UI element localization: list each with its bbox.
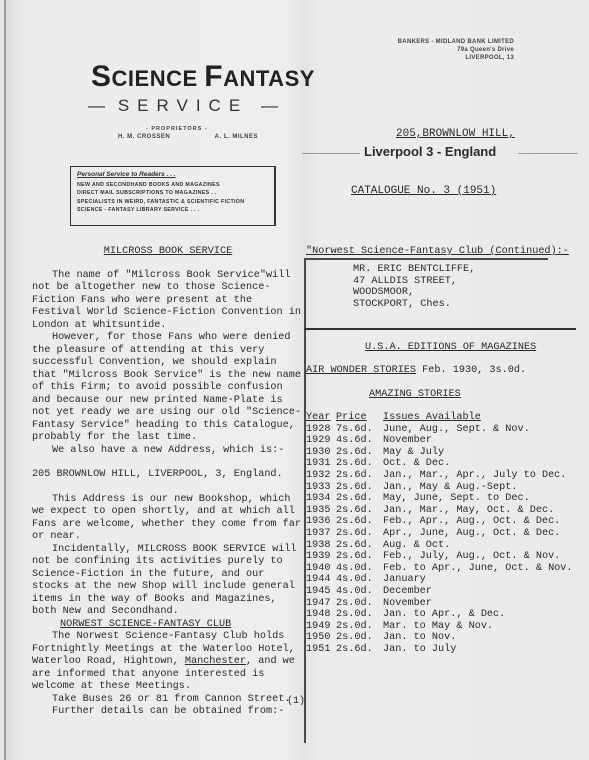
table-row: 19302s.6d.May & July	[306, 447, 573, 459]
table-row: 19454s.0d.December	[306, 586, 573, 598]
cell-issues: November	[383, 435, 573, 447]
table-row: 19502s.0d.Jan. to Nov.	[306, 632, 573, 644]
cell-price: 2s.6d.	[336, 458, 383, 470]
table-row: 19482s.0d.Jan. to Apr., & Dec.	[306, 609, 573, 621]
services-box-line: DIRECT MAIL SUBSCRIPTIONS TO MAGAZINES .…	[77, 189, 268, 197]
cell-year: 1937	[306, 528, 336, 540]
cell-price: 2s.0d.	[336, 609, 383, 621]
paragraph: The name of "Milcross Book Service"will …	[32, 270, 304, 333]
table-row: 19352s.6d.Jan., Mar., May, Oct. & Dec.	[306, 505, 573, 517]
box-top-rule	[304, 258, 548, 260]
air-wonder-title: AIR WONDER STORIES	[306, 365, 416, 376]
services-box-heading: Personal Service to Readers . . .	[77, 171, 268, 178]
cell-issues: May, June, Sept. to Dec.	[383, 493, 573, 505]
cell-year: 1945	[306, 586, 336, 598]
cell-issues: Mar. to May & Nov.	[383, 621, 573, 633]
table-row: 19312s.6d.Oct. & Dec.	[306, 458, 573, 470]
brand-subtitle: — SERVICE —	[88, 96, 278, 116]
table-row: 19472s.0d.November	[306, 598, 573, 610]
cell-issues: Jan., Mar., May, Oct. & Dec.	[383, 505, 573, 517]
catalogue-page: SCIENCE FANTASY — SERVICE — - PROPRIETOR…	[4, 0, 589, 760]
cell-price: 2s.6d.	[336, 540, 383, 552]
left-column: MILCROSS BOOK SERVICE The name of "Milcr…	[32, 246, 304, 719]
cell-year: 1929	[306, 435, 336, 447]
club-continued-heading: "Norwest Science-Fantasy Club (Continued…	[306, 246, 569, 258]
table-header-row: Year Price Issues Available	[306, 412, 573, 424]
cell-year: 1938	[306, 540, 336, 552]
cell-price: 2s.6d.	[336, 551, 383, 563]
cell-issues: Jan. to Apr., & Dec.	[383, 609, 573, 621]
cell-issues: December	[383, 586, 573, 598]
table-row: 19342s.6d.May, June, Sept. to Dec.	[306, 493, 573, 505]
cell-year: 1951	[306, 644, 336, 656]
city-address: Liverpool 3 - England	[364, 144, 496, 159]
services-box-line: SPECIALISTS IN WEIRD, FANTASTIC & SCIENT…	[77, 198, 268, 206]
dash-decoration: —	[88, 96, 105, 116]
cell-price: 2s.0d.	[336, 621, 383, 633]
cell-issues: Feb., July, Aug., Oct. & Nov.	[383, 551, 573, 563]
cell-year: 1932	[306, 470, 336, 482]
services-box-line: NEW AND SECONDHAND BOOKS AND MAGAZINES	[77, 181, 268, 189]
cell-year: 1949	[306, 621, 336, 633]
air-wonder-detail: Feb. 1930, 3s.0d.	[416, 365, 526, 376]
cell-price: 2s.6d.	[336, 644, 383, 656]
cell-issues: January	[383, 574, 573, 586]
cell-year: 1930	[306, 447, 336, 459]
cell-issues: Jan. to July	[383, 644, 573, 656]
proprietors-label: - PROPRIETORS -	[146, 126, 208, 132]
cell-issues: Apr., June, Aug., Oct. & Dec.	[383, 528, 573, 540]
cell-year: 1944	[306, 574, 336, 586]
paragraph: Take Buses 26 or 81 from Cannon Street.	[32, 694, 304, 707]
contact-line: WOODSMOOR,	[353, 287, 475, 299]
bankers-line: 79a Queen's Drive	[386, 46, 514, 54]
rule-decoration	[302, 153, 360, 154]
table-row: 19382s.6d.Aug. & Oct.	[306, 540, 573, 552]
cell-issues: Jan., May & Aug.-Sept.	[383, 482, 573, 494]
usa-editions-heading: U.S.A. EDITIONS OF MAGAZINES	[365, 342, 536, 354]
table-row: 19332s.6d.Jan., May & Aug.-Sept.	[306, 482, 573, 494]
cell-price: 2s.6d.	[336, 528, 383, 540]
cell-year: 1931	[306, 458, 336, 470]
new-address: 205 BROWNLOW HILL, LIVERPOOL, 3, England…	[32, 469, 304, 482]
proprietor-name: A. L. MILNES	[215, 134, 258, 140]
table-row: 19492s.0d.Mar. to May & Nov.	[306, 621, 573, 633]
brand-title-initial-s: S	[91, 60, 112, 93]
brand-title-word2: ANTASY	[223, 66, 315, 91]
cell-issues: Jan., Mar., Apr., July to Dec.	[383, 470, 573, 482]
cell-issues: May & July	[383, 447, 573, 459]
dash-decoration: —	[261, 96, 278, 116]
cell-price: 4s.0d.	[336, 574, 383, 586]
paragraph: Incidentally, MILCROSS BOOK SERVICE will…	[32, 544, 304, 619]
bankers-info: BANKERS - MIDLAND BANK LIMITED 79a Queen…	[386, 38, 514, 62]
table-row: 19392s.6d.Feb., July, Aug., Oct. & Nov.	[306, 551, 573, 563]
column-header-year: Year	[306, 412, 336, 424]
table-row: 19362s.6d.Feb., Apr., Aug., Oct. & Dec.	[306, 516, 573, 528]
rule-decoration	[518, 153, 578, 154]
cell-price: 2s.6d.	[336, 482, 383, 494]
cell-issues: June, Aug., Sept. & Nov.	[383, 424, 573, 436]
table-row: 19287s.6d.June, Aug., Sept. & Nov.	[306, 424, 573, 436]
section-rule	[304, 328, 576, 330]
contact-line: 47 ALLDIS STREET,	[353, 276, 475, 288]
cell-year: 1947	[306, 598, 336, 610]
cell-year: 1936	[306, 516, 336, 528]
cell-year: 1940	[306, 563, 336, 575]
contact-line: STOCKPORT, Ches.	[353, 299, 475, 311]
cell-year: 1934	[306, 493, 336, 505]
street-address: 205,BROWNLOW HILL,	[396, 128, 515, 140]
brand-subtitle-text: SERVICE	[118, 96, 248, 116]
table-row: 19404s.0d.Feb. to Apr., June, Oct. & Nov…	[306, 563, 573, 575]
table-row: 19372s.6d.Apr., June, Aug., Oct. & Dec.	[306, 528, 573, 540]
cell-price: 7s.6d.	[336, 424, 383, 436]
cell-price: 2s.6d.	[336, 447, 383, 459]
cell-price: 2s.6d.	[336, 505, 383, 517]
table-row: 19322s.6d.Jan., Mar., Apr., July to Dec.	[306, 470, 573, 482]
air-wonder-entry: AIR WONDER STORIES Feb. 1930, 3s.0d.	[306, 365, 526, 377]
cell-price: 2s.0d.	[336, 632, 383, 644]
cell-price: 4s.6d.	[336, 435, 383, 447]
brand-title-initial-f: F	[204, 60, 223, 93]
table-row: 19512s.6d.Jan. to July	[306, 644, 573, 656]
cell-price: 2s.0d.	[336, 598, 383, 610]
cell-year: 1935	[306, 505, 336, 517]
amazing-stories-heading: AMAZING STORIES	[369, 389, 461, 401]
column-header-issues: Issues Available	[383, 412, 573, 424]
contact-line: MR. ERIC BENTCLIFFE,	[353, 264, 475, 276]
table-row: 19444s.0d.January	[306, 574, 573, 586]
cell-issues: Feb., Apr., Aug., Oct. & Dec.	[383, 516, 573, 528]
cell-year: 1928	[306, 424, 336, 436]
section-heading: MILCROSS BOOK SERVICE	[32, 246, 304, 259]
cell-price: 2s.6d.	[336, 516, 383, 528]
services-box-line: SCIENCE - FANTASY LIBRARY SERVICE . . .	[77, 206, 268, 214]
club-city: Manchester	[185, 656, 246, 667]
cell-year: 1939	[306, 551, 336, 563]
cell-price: 4s.0d.	[336, 563, 383, 575]
contact-address: MR. ERIC BENTCLIFFE, 47 ALLDIS STREET, W…	[353, 264, 475, 310]
cell-price: 2s.6d.	[336, 493, 383, 505]
club-heading: NORWEST SCIENCE-FANTASY CLUB	[32, 619, 304, 632]
paragraph: We also have a new Address, which is:-	[32, 445, 304, 458]
cell-year: 1950	[306, 632, 336, 644]
bankers-line: LIVERPOOL, 13	[386, 54, 514, 62]
services-box: Personal Service to Readers . . . NEW AN…	[70, 166, 276, 226]
paragraph: Further details can be obtained from:-	[32, 706, 304, 719]
cell-issues: Aug. & Oct.	[383, 540, 573, 552]
cell-price: 4s.0d.	[336, 586, 383, 598]
club-paragraph: The Norwest Science-Fantasy Club holds F…	[32, 631, 304, 694]
cell-issues: Feb. to Apr., June, Oct. & Nov.	[383, 563, 573, 575]
amazing-stories-table: Year Price Issues Available 19287s.6d.Ju…	[306, 412, 573, 655]
column-header-price: Price	[336, 412, 383, 424]
paragraph: This Address is our new Bookshop, which …	[32, 494, 304, 544]
page-number: (1)	[287, 696, 305, 707]
cell-issues: Oct. & Dec.	[383, 458, 573, 470]
proprietors-names: H. M. CROSSEN A. L. MILNES	[118, 134, 258, 140]
brand-title: SCIENCE FANTASY	[91, 60, 315, 94]
cell-issues: Jan. to Nov.	[383, 632, 573, 644]
table-row: 19294s.6d.November	[306, 435, 573, 447]
cell-price: 2s.6d.	[336, 470, 383, 482]
brand-title-word1: CIENCE	[112, 66, 198, 91]
proprietor-name: H. M. CROSSEN	[118, 134, 170, 140]
paragraph: However, for those Fans who were denied …	[32, 332, 304, 445]
catalogue-number: CATALOGUE No. 3 (1951)	[351, 185, 496, 197]
cell-year: 1933	[306, 482, 336, 494]
cell-issues: November	[383, 598, 573, 610]
cell-year: 1948	[306, 609, 336, 621]
bankers-line: BANKERS - MIDLAND BANK LIMITED	[386, 38, 514, 46]
